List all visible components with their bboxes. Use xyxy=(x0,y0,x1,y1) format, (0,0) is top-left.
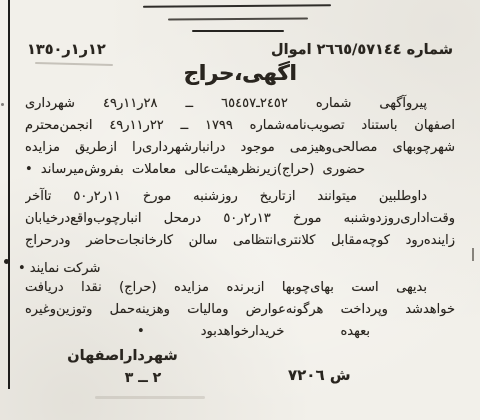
paragraph-2: داوطلبین میتوانند ازتاریخ روزشنبه مورخ ١… xyxy=(25,186,455,280)
paragraph-2-line-3: زاینده‌رود کوچه‌مقابل کلانتری‌انتظامی سا… xyxy=(25,230,455,252)
scanned-document-page: شماره ٢٦٦٥/٥٧١٤٤ اموال ١٢ر١ر١٣٥٠ اگهی،حر… xyxy=(0,0,480,420)
ink-dot-mark-small xyxy=(1,103,4,106)
paragraph-1-line-4: حضوری (حراج)زیرنظرهیئت‌عالی معاملات بفرو… xyxy=(25,159,455,181)
paragraph-1-line-3: شهرچوبهای مصالحی‌وهیزمی موجود درانبارشهر… xyxy=(25,137,455,159)
top-rule-1 xyxy=(143,4,331,8)
scan-edge-line xyxy=(8,0,10,389)
document-number: شماره ٢٦٦٥/٥٧١٤٤ اموال xyxy=(271,42,453,58)
paragraph-1-line-2: اصفهان باستناد تصویب‌نامه‌شماره ١٧٩٩ ــ … xyxy=(25,115,455,137)
top-rule-2 xyxy=(168,18,308,21)
signature-mayor: شهرداراصفهان xyxy=(55,348,190,364)
ink-dot-mark xyxy=(4,259,9,264)
paragraph-3-line-2: خواهدشد وپرداخت هرگونه‌عوارض ومالیات وهز… xyxy=(25,299,455,321)
notice-ref-number: ش ٧٢٠٦ xyxy=(288,366,351,384)
document-header: شماره ٢٦٦٥/٥٧١٤٤ اموال ١٢ر١ر١٣٥٠ xyxy=(27,42,453,58)
paragraph-1-line-1: پیروآگهی شماره ٢٤٥٢ـ٦٥٤٥٧ ــ ٢٨ر١١ر٤٩ شه… xyxy=(25,93,455,115)
paragraph-2-line-2: وقت‌اداری‌روزدوشنبه مورخ ١٣ر٢ر٥٠ درمحل ا… xyxy=(25,208,455,230)
notice-title: اگهی،حراج xyxy=(0,61,480,85)
document-date: ١٢ر١ر١٣٥٠ xyxy=(27,42,106,58)
publication-number: ٢ ــ ٣ xyxy=(98,370,188,386)
paragraph-3: بدیهی است بهای‌چوبها ازبرنده مزایده (حرا… xyxy=(25,277,455,343)
top-rule-3 xyxy=(192,30,284,32)
paragraph-3-line-3: بعهده خریدارخواهدبود • xyxy=(25,321,455,343)
paragraph-1: پیروآگهی شماره ٢٤٥٢ـ٦٥٤٥٧ ــ ٢٨ر١١ر٤٩ شه… xyxy=(25,93,455,181)
ink-tick-mark xyxy=(472,248,474,261)
ink-smudge xyxy=(95,396,205,399)
paragraph-3-line-1: بدیهی است بهای‌چوبها ازبرنده مزایده (حرا… xyxy=(25,277,455,299)
paragraph-2-line-1: داوطلبین میتوانند ازتاریخ روزشنبه مورخ ١… xyxy=(25,186,455,208)
notice-body: پیروآگهی شماره ٢٤٥٢ـ٦٥٤٥٧ ــ ٢٨ر١١ر٤٩ شه… xyxy=(25,93,455,343)
